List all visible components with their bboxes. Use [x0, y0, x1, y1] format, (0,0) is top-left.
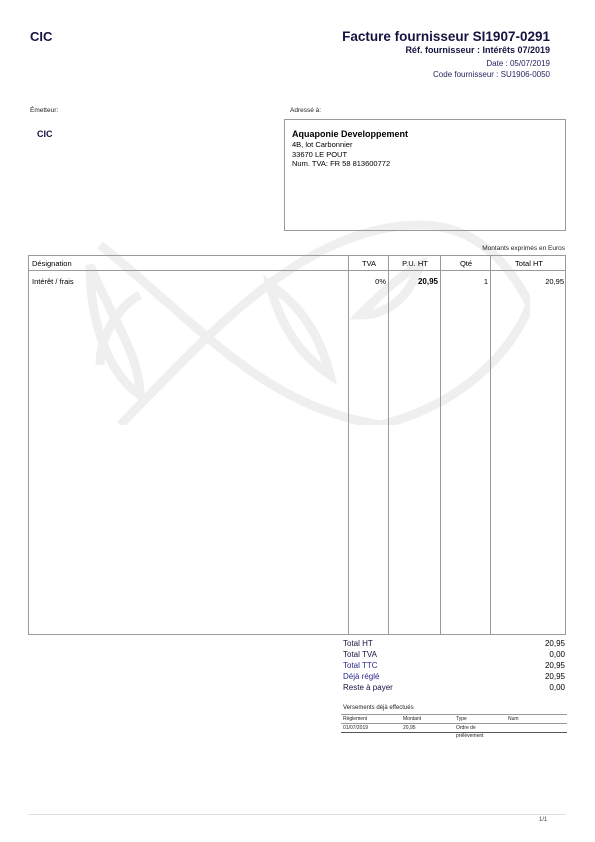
payments-col-type: Type	[456, 716, 467, 722]
payment-amount: 20,95	[403, 725, 416, 731]
total-tva-value: 0,00	[549, 649, 565, 660]
total-ht-value: 20,95	[545, 638, 565, 649]
recipient-label: Adressé à:	[290, 107, 321, 114]
payment-type: Ordre de	[456, 725, 476, 731]
recipient-vat-number: Num. TVA: FR 58 813600772	[292, 159, 408, 169]
invoice-lines-table: Désignation TVA P.U. HT Qté Total HT Int…	[28, 255, 566, 635]
already-paid-value: 20,95	[545, 671, 565, 682]
column-quantity: Qté	[441, 259, 491, 268]
totals-block: Total HT 20,95 Total TVA 0,00 Total TTC …	[343, 638, 565, 693]
recipient-address-line1: 4B, lot Carbonnier	[292, 140, 408, 150]
page-number: 1/1	[539, 817, 547, 823]
payment-date: 01/07/2019	[343, 725, 368, 731]
payments-table: Règlement Montant Type Num 01/07/2019 20…	[341, 714, 567, 741]
payments-col-date: Règlement	[343, 716, 367, 722]
column-designation: Désignation	[32, 259, 72, 268]
payments-header: Règlement Montant Type Num	[341, 714, 567, 724]
line-quantity: 1	[441, 277, 488, 286]
line-designation: Intérêt / frais	[32, 277, 74, 286]
line-total-ht: 20,95	[491, 277, 564, 286]
payment-type-continued: prélèvement	[456, 733, 484, 739]
total-ttc-row: Total TTC 20,95	[343, 660, 565, 671]
table-header: Désignation TVA P.U. HT Qté Total HT	[29, 256, 565, 271]
supplier-code: Code fournisseur : SU1906-0050	[433, 70, 550, 79]
line-unit-price: 20,95	[389, 277, 438, 286]
already-paid-row: Déjà réglé 20,95	[343, 671, 565, 682]
recipient-address-box: Aquaponie Developpement 4B, lot Carbonni…	[284, 119, 566, 231]
invoice-title: Facture fournisseur SI1907-0291	[342, 29, 550, 44]
remaining-label: Reste à payer	[343, 682, 393, 693]
total-tva-row: Total TVA 0,00	[343, 649, 565, 660]
column-tva: TVA	[349, 259, 389, 268]
column-unit-price: P.U. HT	[389, 259, 441, 268]
payment-row: 01/07/2019 20,95 Ordre de	[341, 724, 567, 733]
currency-note: Montants exprimés en Euros	[482, 245, 565, 252]
already-paid-label: Déjà réglé	[343, 671, 379, 682]
payments-title: Versements déjà effectués	[343, 705, 414, 711]
total-ht-row: Total HT 20,95	[343, 638, 565, 649]
line-tva: 0%	[349, 277, 386, 286]
supplier-reference: Réf. fournisseur : Intérêts 07/2019	[405, 45, 550, 55]
payments-col-amount: Montant	[403, 716, 421, 722]
emitter-name: CIC	[37, 129, 53, 139]
emitter-label: Émetteur:	[30, 107, 58, 114]
total-ht-label: Total HT	[343, 638, 373, 649]
company-name: CIC	[30, 29, 52, 44]
remaining-value: 0,00	[549, 682, 565, 693]
total-ttc-value: 20,95	[545, 660, 565, 671]
recipient-name: Aquaponie Developpement	[292, 129, 408, 140]
total-tva-label: Total TVA	[343, 649, 377, 660]
remaining-row: Reste à payer 0,00	[343, 682, 565, 693]
recipient-address-line2: 33670 LE POUT	[292, 150, 408, 160]
footer-divider	[28, 814, 566, 815]
total-ttc-label: Total TTC	[343, 660, 378, 671]
payments-col-num: Num	[508, 716, 519, 722]
column-total-ht: Total HT	[491, 259, 567, 268]
invoice-date: Date : 05/07/2019	[486, 59, 550, 68]
